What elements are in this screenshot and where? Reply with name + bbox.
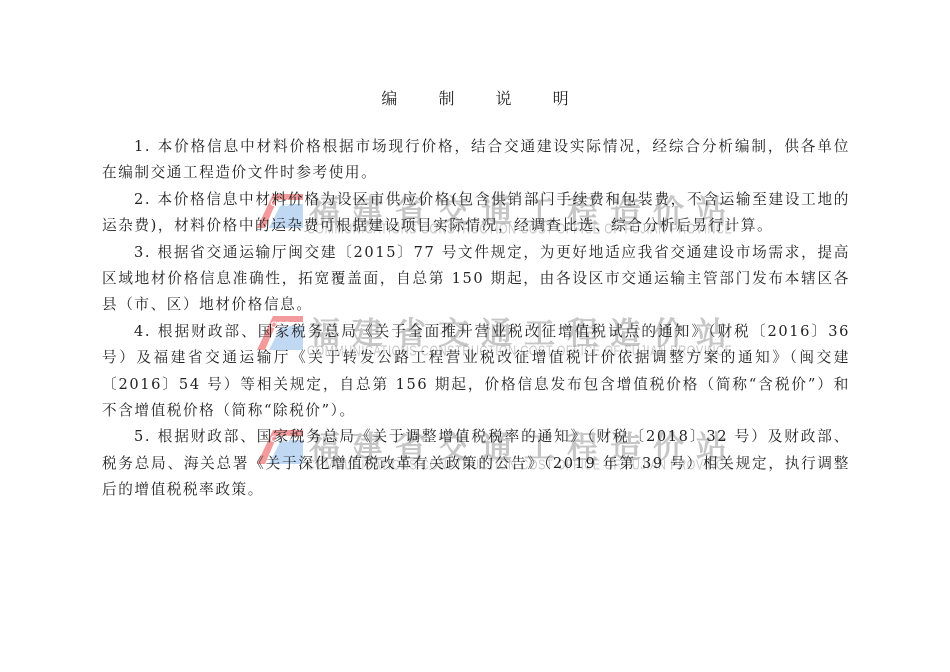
paragraph-3: 3. 根据省交通运输厅闽交建〔2015〕77 号文件规定，为更好地适应我省交通建… bbox=[102, 240, 850, 319]
paragraph-5: 5. 根据财政部、国家税务总局《关于调整增值税税率的通知》（财税〔2018〕32… bbox=[102, 424, 850, 503]
explanation-body: 1. 本价格信息中材料价格根据市场现行价格，结合交通建设实际情况，经综合分析编制… bbox=[102, 134, 850, 504]
paragraph-4: 4. 根据财政部、国家税务总局《关于全面推开营业税改征增值税试点的通知》（财税〔… bbox=[102, 319, 850, 425]
document-page: CCC 福建省交通工程造价站 COMMUNICATIONS CONSTRUCTI… bbox=[0, 0, 950, 672]
page-title: 编 制 说 明 bbox=[0, 86, 950, 109]
paragraph-1: 1. 本价格信息中材料价格根据市场现行价格，结合交通建设实际情况，经综合分析编制… bbox=[102, 134, 850, 187]
paragraph-2: 2. 本价格信息中材料价格为设区市供应价格(包含供销部门手续费和包装费，不含运输… bbox=[102, 187, 850, 240]
